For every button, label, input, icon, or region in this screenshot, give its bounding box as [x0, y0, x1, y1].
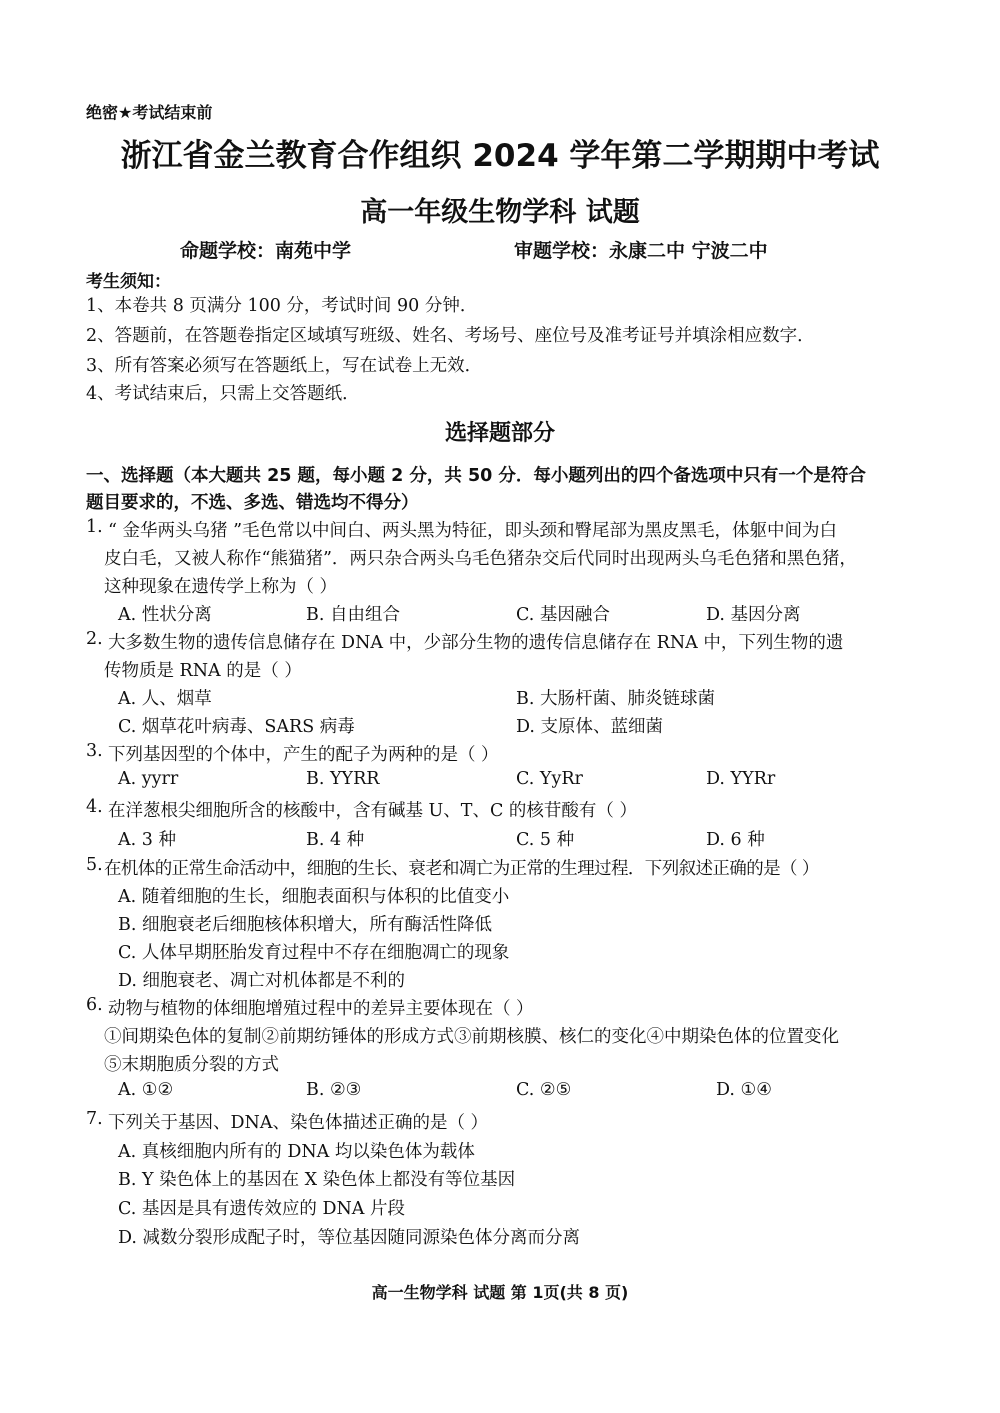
option-b: B. 细胞衰老后细胞核体积增大，所有酶活性降低	[118, 911, 492, 936]
notice-item: 4、考试结束后，只需上交答题纸．	[86, 380, 360, 405]
page-footer: 高一生物学科 试题 第 1页(共 8 页)	[0, 1280, 1000, 1303]
question-text: 下列基因型的个体中，产生的配子为两种的是（ ）	[108, 741, 499, 766]
option-b: B. YYRR	[306, 769, 379, 789]
notice-heading: 考生须知：	[86, 267, 171, 292]
question-text: 下列关于基因、DNA、染色体描述正确的是（ ）	[108, 1109, 488, 1134]
question-text: 在机体的正常生命活动中，细胞的生长、衰老和凋亡为正常的生理过程．下列叙述正确的是…	[104, 855, 819, 880]
notice-item: 3、所有答案必须写在答题纸上，写在试卷上无效．	[86, 352, 482, 377]
option-d: D. 细胞衰老、凋亡对机体都是不利的	[118, 967, 405, 992]
option-a: A. ①②	[118, 1080, 173, 1100]
notice-item: 2、答题前，在答题卷指定区域填写班级、姓名、考场号、座位号及准考证号并填涂相应数…	[86, 322, 815, 347]
option-d: D. 支原体、蓝细菌	[516, 713, 663, 738]
setter-school: 命题学校：南苑中学	[180, 236, 351, 263]
option-a: A. 3 种	[118, 826, 176, 851]
option-a: A. 真核细胞内所有的 DNA 均以染色体为载体	[118, 1138, 475, 1163]
reviewer-school: 审题学校：永康二中 宁波二中	[514, 236, 768, 263]
option-c: C. 人体早期胚胎发育过程中不存在细胞凋亡的现象	[118, 939, 509, 964]
option-c: C. 基因融合	[516, 601, 610, 626]
question-text: 在洋葱根尖细胞所含的核酸中，含有碱基 U、T、C 的核苷酸有（ ）	[108, 797, 637, 822]
question-text: 传物质是 RNA 的是（ ）	[104, 657, 302, 682]
option-b: B. Y 染色体上的基因在 X 染色体上都没有等位基因	[118, 1166, 515, 1191]
option-b: B. 4 种	[306, 826, 364, 851]
option-a: A. 性状分离	[118, 601, 212, 626]
option-c: C. YyRr	[516, 769, 583, 789]
question-number: 6.	[86, 995, 103, 1015]
option-a: A. 随着细胞的生长，细胞表面积与体积的比值变小	[118, 883, 509, 908]
exam-title: 浙江省金兰教育合作组织 2024 学年第二学期期中考试	[0, 130, 1000, 175]
option-d: D. 6 种	[706, 826, 765, 851]
option-d: D. 基因分离	[706, 601, 801, 626]
question-text: ⑤末期胞质分裂的方式	[104, 1051, 279, 1076]
option-a: A. 人、烟草	[118, 685, 212, 710]
question-number: 5.	[86, 855, 103, 875]
question-text: “ 金华两头乌猪 ”毛色常以中间白、两头黑为特征，即头颈和臀尾部为黑皮黑毛，体躯…	[108, 517, 837, 542]
question-text: 皮白毛，又被人称作“熊猫猪”．两只杂合两头乌毛色猪杂交后代同时出现两头乌毛色猪和…	[104, 545, 857, 570]
option-b: B. 大肠杆菌、肺炎链球菌	[516, 685, 715, 710]
question-number: 4.	[86, 797, 103, 817]
part-heading: 一、选择题（本大题共 25 题，每小题 2 分，共 50 分．每小题列出的四个备…	[86, 462, 866, 487]
question-text: 动物与植物的体细胞增殖过程中的差异主要体现在（ ）	[108, 995, 534, 1020]
question-number: 2.	[86, 629, 103, 649]
question-text: 大多数生物的遗传信息储存在 DNA 中，少部分生物的遗传信息储存在 RNA 中，…	[108, 629, 843, 654]
exam-page: 绝密★考试结束前 浙江省金兰教育合作组织 2024 学年第二学期期中考试 高一年…	[0, 0, 1000, 1413]
question-number: 1.	[86, 517, 103, 537]
option-b: B. ②③	[306, 1080, 361, 1100]
option-b: B. 自由组合	[306, 601, 400, 626]
question-number: 7.	[86, 1109, 103, 1129]
option-a: A. yyrr	[118, 769, 178, 789]
question-text: 这种现象在遗传学上称为（ ）	[104, 573, 337, 598]
notice-item: 1、本卷共 8 页满分 100 分，考试时间 90 分钟．	[86, 292, 477, 317]
part-heading: 题目要求的，不选、多选、错选均不得分）	[86, 489, 419, 514]
question-number: 3.	[86, 741, 103, 761]
option-d: D. ①④	[716, 1080, 772, 1100]
exam-subtitle: 高一年级生物学科 试题	[0, 190, 1000, 229]
option-d: D. YYRr	[706, 769, 775, 789]
section-title: 选择题部分	[0, 416, 1000, 447]
secret-mark: 绝密★考试结束前	[86, 100, 212, 123]
option-c: C. 5 种	[516, 826, 574, 851]
option-c: C. 烟草花叶病毒、SARS 病毒	[118, 713, 355, 738]
question-text: ①间期染色体的复制②前期纺锤体的形成方式③前期核膜、核仁的变化④中期染色体的位置…	[104, 1023, 839, 1048]
option-c: C. ②⑤	[516, 1080, 571, 1100]
option-c: C. 基因是具有遗传效应的 DNA 片段	[118, 1195, 405, 1220]
option-d: D. 减数分裂形成配子时，等位基因随同源染色体分离而分离	[118, 1224, 580, 1249]
